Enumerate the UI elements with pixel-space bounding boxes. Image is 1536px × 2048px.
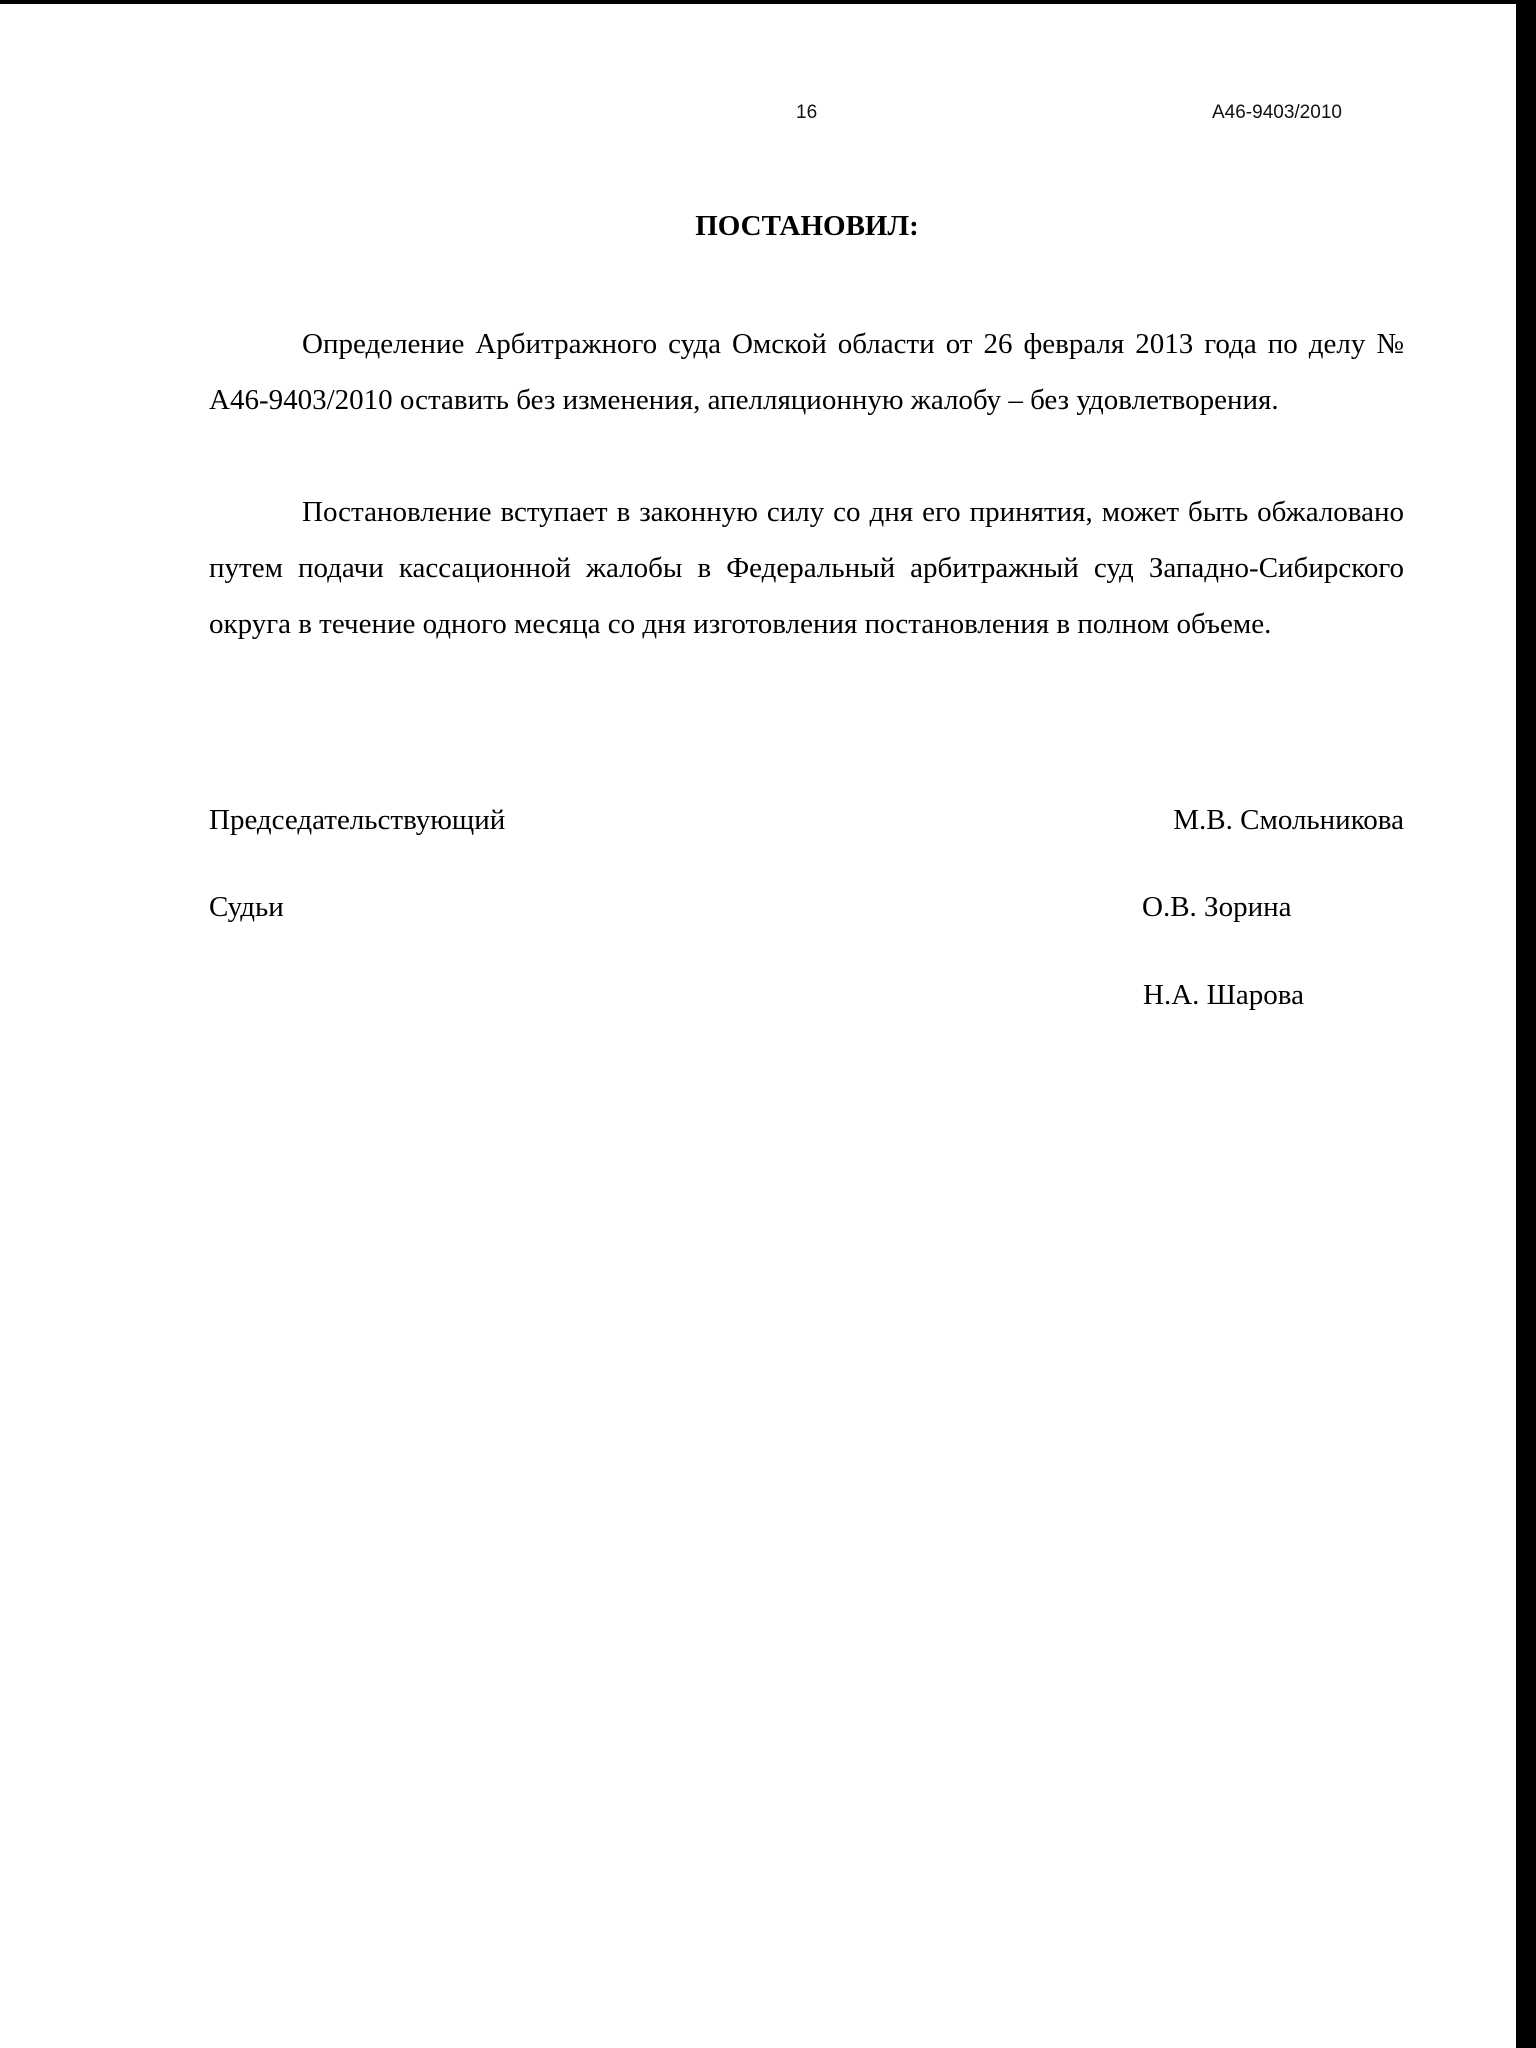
- judges-label: Судьи: [209, 891, 284, 924]
- judge-name: Н.А. Шарова: [1143, 979, 1304, 1012]
- document-page: 16 А46-9403/2010 ПОСТАНОВИЛ: Определение…: [0, 4, 1516, 2048]
- presiding-label: Председательствующий: [209, 804, 505, 837]
- paragraph-text: Определение Арбитражного суда Омской обл…: [209, 316, 1404, 428]
- document-title: ПОСТАНОВИЛ:: [0, 210, 1536, 243]
- ruling-paragraph: Определение Арбитражного суда Омской обл…: [209, 316, 1404, 428]
- appeal-paragraph: Постановление вступает в законную силу с…: [209, 484, 1404, 652]
- judge-name: О.В. Зорина: [1142, 891, 1291, 924]
- case-number-header: А46-9403/2010: [1212, 102, 1342, 124]
- presiding-judge-name: М.В. Смольникова: [1173, 804, 1404, 837]
- page-number: 16: [796, 102, 817, 124]
- paragraph-text: Постановление вступает в законную силу с…: [209, 484, 1404, 652]
